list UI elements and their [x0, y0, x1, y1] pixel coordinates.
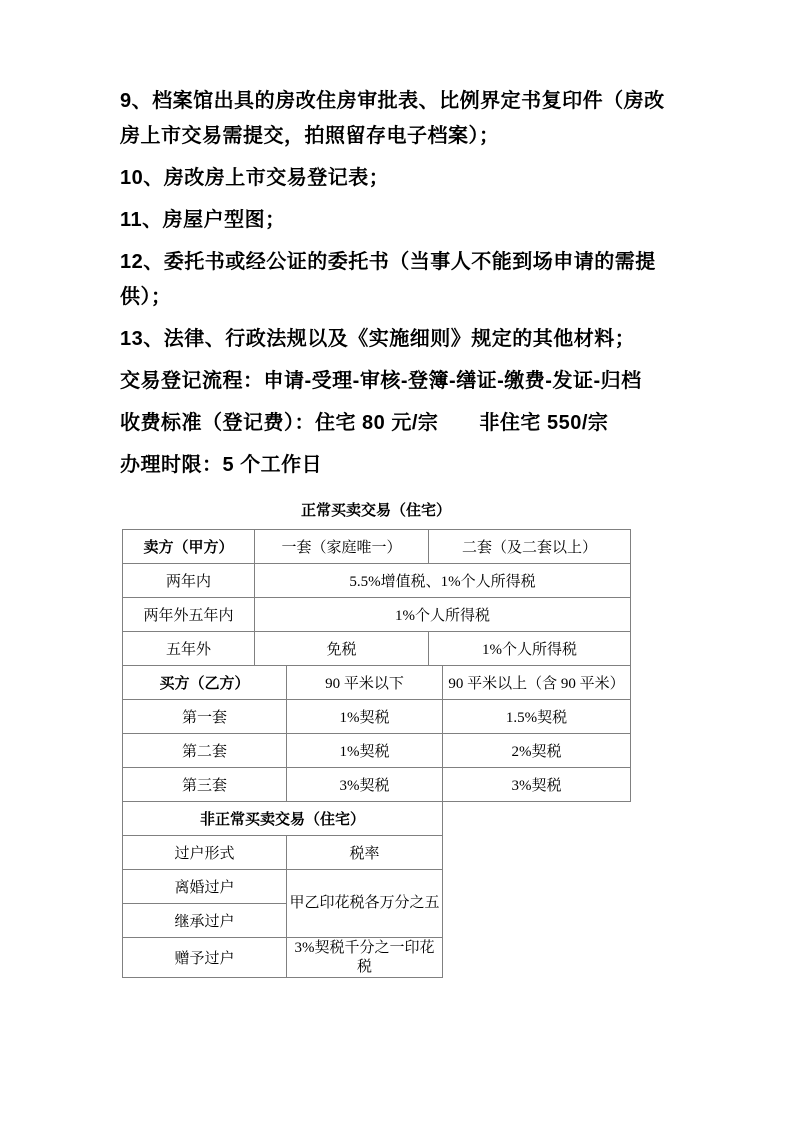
first-home-under-tax-cell: 1%契税 [287, 700, 443, 734]
first-home-over-tax-cell: 1.5%契税 [443, 700, 631, 734]
table-row: 卖方（甲方） 一套（家庭唯一） 二套（及二套以上） [123, 530, 631, 564]
divorce-inherit-tax-cell: 甲乙印花税各万分之五 [287, 870, 443, 938]
abnormal-table: 非正常买卖交易（住宅） 过户形式 税率 离婚过户 甲乙印花税各万分之五 继承过户… [122, 801, 443, 978]
third-home-over-tax-cell: 3%契税 [443, 768, 631, 802]
between-2y-5y-tax-cell: 1%个人所得税 [255, 598, 631, 632]
one-home-header-cell: 一套（家庭唯一） [255, 530, 429, 564]
tax-rate-header-cell: 税率 [287, 836, 443, 870]
table-row: 离婚过户 甲乙印花税各万分之五 [123, 870, 443, 904]
normal-table-seller-section: 卖方（甲方） 一套（家庭唯一） 二套（及二套以上） 两年内 5.5%增值税、1%… [122, 529, 631, 666]
list-item-13: 13、法律、行政法规以及《实施细则》规定的其他材料； [120, 322, 675, 357]
gift-tax-cell: 3%契税千分之一印花税 [287, 938, 443, 978]
normal-table-buyer-section: 买方（乙方） 90 平米以下 90 平米以上（含 90 平米） 第一套 1%契税… [122, 665, 631, 802]
over-5y-first-home-cell: 免税 [255, 632, 429, 666]
under-90sqm-header-cell: 90 平米以下 [287, 666, 443, 700]
second-home-over-tax-cell: 2%契税 [443, 734, 631, 768]
buyer-header-cell: 买方（乙方） [123, 666, 287, 700]
table-row: 两年内 5.5%增值税、1%个人所得税 [123, 564, 631, 598]
list-item-10: 10、房改房上市交易登记表； [120, 161, 675, 196]
two-home-header-cell: 二套（及二套以上） [429, 530, 631, 564]
table-row: 第一套 1%契税 1.5%契税 [123, 700, 631, 734]
between-2y-5y-label-cell: 两年外五年内 [123, 598, 255, 632]
process-flow-line: 交易登记流程：申请-受理-审核-登簿-缮证-缴费-发证-归档 [120, 364, 675, 399]
third-home-label-cell: 第三套 [123, 768, 287, 802]
table-row: 第三套 3%契税 3%契税 [123, 768, 631, 802]
table-row: 非正常买卖交易（住宅） [123, 802, 443, 836]
seller-header-cell: 卖方（甲方） [123, 530, 255, 564]
list-item-12: 12、委托书或经公证的委托书（当事人不能到场申请的需提供）； [120, 245, 675, 315]
fee-standard-line: 收费标准（登记费）：住宅 80 元/宗 非住宅 550/宗 [120, 406, 675, 441]
divorce-transfer-label-cell: 离婚过户 [123, 870, 287, 904]
first-home-label-cell: 第一套 [123, 700, 287, 734]
over-5y-label-cell: 五年外 [123, 632, 255, 666]
inherit-transfer-label-cell: 继承过户 [123, 904, 287, 938]
gift-transfer-label-cell: 赠予过户 [123, 938, 287, 978]
second-home-label-cell: 第二套 [123, 734, 287, 768]
document-page: 9、档案馆出具的房改住房审批表、比例界定书复印件（房改房上市交易需提交，拍照留存… [0, 0, 793, 1122]
table-row: 赠予过户 3%契税千分之一印花税 [123, 938, 443, 978]
second-home-under-tax-cell: 1%契税 [287, 734, 443, 768]
table-row: 过户形式 税率 [123, 836, 443, 870]
list-item-11: 11、房屋户型图； [120, 203, 675, 238]
list-item-9: 9、档案馆出具的房改住房审批表、比例界定书复印件（房改房上市交易需提交，拍照留存… [120, 84, 675, 154]
table-row: 买方（乙方） 90 平米以下 90 平米以上（含 90 平米） [123, 666, 631, 700]
abnormal-table-title-cell: 非正常买卖交易（住宅） [123, 802, 443, 836]
third-home-under-tax-cell: 3%契税 [287, 768, 443, 802]
table-row: 两年外五年内 1%个人所得税 [123, 598, 631, 632]
transfer-type-header-cell: 过户形式 [123, 836, 287, 870]
normal-table-title: 正常买卖交易（住宅） [122, 499, 630, 520]
processing-time-line: 办理时限：5 个工作日 [120, 448, 675, 483]
within-2y-tax-cell: 5.5%增值税、1%个人所得税 [255, 564, 631, 598]
table-row: 第二套 1%契税 2%契税 [123, 734, 631, 768]
over-5y-second-home-cell: 1%个人所得税 [429, 632, 631, 666]
table-row: 五年外 免税 1%个人所得税 [123, 632, 631, 666]
within-2y-label-cell: 两年内 [123, 564, 255, 598]
over-90sqm-header-cell: 90 平米以上（含 90 平米） [443, 666, 631, 700]
